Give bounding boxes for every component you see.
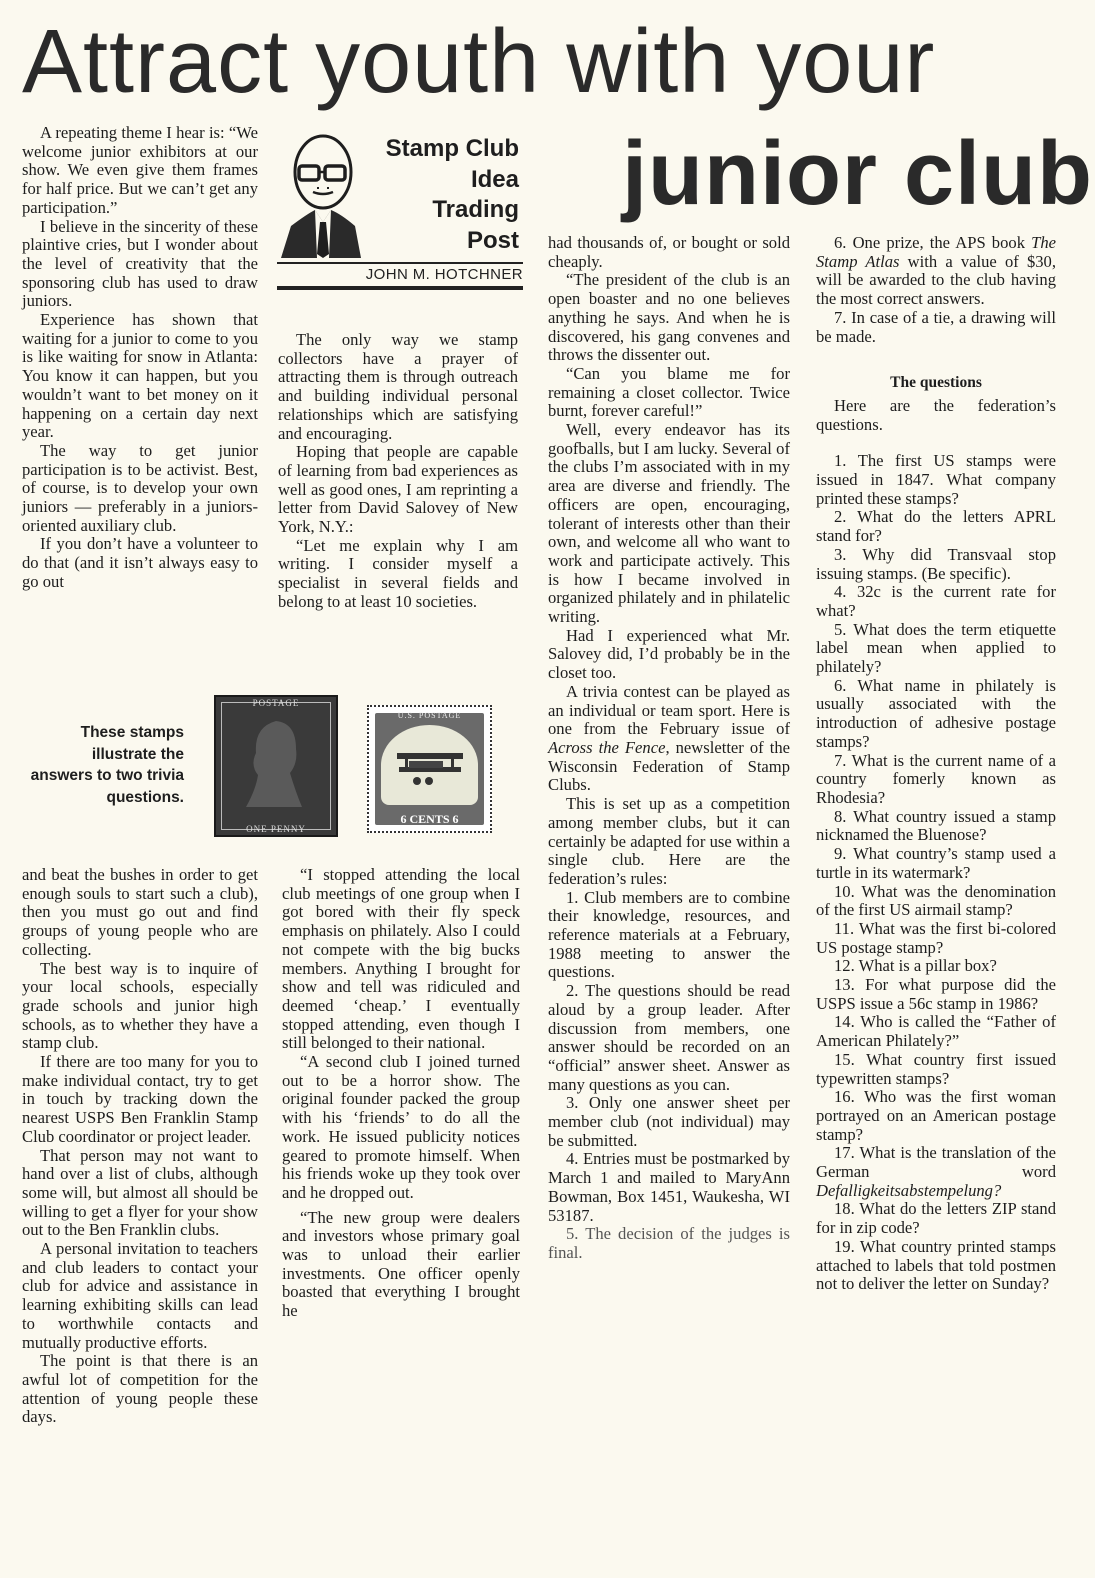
question-item: 11. What was the first bi-colored US pos… (816, 920, 1056, 957)
headline-line-2: junior club (622, 124, 1093, 224)
question-item: 3. Why did Transvaal stop issuing stamps… (816, 546, 1056, 583)
column-2-bottom: “I stopped attending the local club meet… (282, 866, 520, 1321)
paragraph: I believe in the sincerity of these plai… (22, 218, 258, 312)
paragraph: and beat the bushes in order to get enou… (22, 866, 258, 960)
rule-item: 1. Club members are to combine their kno… (548, 889, 790, 983)
paragraph: had thousands of, or bought or sold chea… (548, 234, 790, 271)
paragraph: Had I experienced what Mr. Salovey did, … (548, 627, 790, 683)
paragraph: “Can you blame me for remaining a closet… (548, 365, 790, 421)
rule-item: 3. Only one answer sheet per member club… (548, 1094, 790, 1150)
question-item: 6. What name in philately is usually ass… (816, 677, 1056, 752)
section-heading: The questions (816, 374, 1056, 393)
paragraph: Experience has shown that waiting for a … (22, 311, 258, 442)
rule-item: 6. One prize, the APS book The Stamp Atl… (816, 234, 1056, 309)
byline: JOHN M. HOTCHNER (277, 266, 523, 283)
question-item: 4. 32c is the current rate for what? (816, 583, 1056, 620)
question-item: 1. The first US stamps were issued in 18… (816, 452, 1056, 508)
column-3: had thousands of, or bought or sold chea… (548, 234, 790, 1263)
column-1-bottom: and beat the bushes in order to get enou… (22, 866, 258, 1427)
question-item: 9. What country’s stamp used a turtle in… (816, 845, 1056, 882)
column-1-top: A repeating theme I hear is: “We welcome… (22, 124, 258, 592)
inverted-jenny-stamp-image: U.S. POSTAGE 6 CENTS 6 (367, 705, 492, 833)
penny-black-stamp-image: POSTAGE ONE PENNY (214, 695, 338, 837)
column-logo: Stamp Club Idea Trading Post JOHN M. HOT… (277, 130, 523, 292)
question-item: 7. What is the current name of a country… (816, 752, 1056, 808)
question-item: 8. What country issued a stamp nicknamed… (816, 808, 1056, 845)
paragraph: The point is that there is an awful lot … (22, 1352, 258, 1427)
queen-profile-icon (216, 697, 336, 835)
paragraph: Well, every endeavor has its goofballs, … (548, 421, 790, 627)
paragraph: That person may not want to hand over a … (22, 1147, 258, 1241)
paragraph: The way to get junior participation is t… (22, 442, 258, 536)
question-item: 19. What country printed stamps attached… (816, 1238, 1056, 1294)
column-4: 6. One prize, the APS book The Stamp Atl… (816, 234, 1056, 1294)
question-item: 15. What country first issued typewritte… (816, 1051, 1056, 1088)
column-2-top: The only way we stamp collectors have a … (278, 331, 518, 612)
paragraph: “A second club I joined turned out to be… (282, 1053, 520, 1203)
paragraph: This is set up as a competition among me… (548, 795, 790, 889)
question-item: 17. What is the translation of the Germa… (816, 1144, 1056, 1200)
german-word: Defalligkeitsabstempelung? (816, 1181, 1001, 1200)
paragraph: If you don’t have a volunteer to do that… (22, 535, 258, 591)
divider (277, 286, 523, 290)
paragraph: If there are too many for you to make in… (22, 1053, 258, 1147)
paragraph: The best way is to inquire of your local… (22, 960, 258, 1054)
question-item: 13. For what purpose did the USPS issue … (816, 976, 1056, 1013)
rule-item: 4. Entries must be postmarked by March 1… (548, 1150, 790, 1225)
paragraph: A personal invitation to teachers and cl… (22, 1240, 258, 1352)
rule-item: 2. The questions should be read aloud by… (548, 982, 790, 1094)
paragraph: A repeating theme I hear is: “We welcome… (22, 124, 258, 218)
question-item: 14. Who is called the “Father of America… (816, 1013, 1056, 1050)
rule-item: 5. The decision of the judges is final. (548, 1225, 790, 1262)
rule-item: 7. In case of a tie, a drawing will be m… (816, 309, 1056, 346)
column-logo-title: Stamp Club Idea Trading Post (386, 134, 519, 256)
paragraph: “The new group were dealers and investor… (282, 1209, 520, 1321)
question-item: 2. What do the letters APRL stand for? (816, 508, 1056, 545)
headline-line-1: Attract youth with your (22, 12, 935, 112)
question-item: 12. What is a pillar box? (816, 957, 1056, 976)
paragraph: Here are the federation’s questions. (816, 397, 1056, 434)
paragraph: Hoping that people are capable of learni… (278, 443, 518, 537)
author-portrait-icon (277, 130, 363, 260)
question-item: 5. What does the term etiquette label me… (816, 621, 1056, 677)
newsletter-title: Across the Fence (548, 738, 665, 757)
stamp-caption: These stamps illustrate the answers to t… (30, 722, 184, 808)
paragraph: “The president of the club is an open bo… (548, 271, 790, 365)
question-item: 18. What do the letters ZIP stand for in… (816, 1200, 1056, 1237)
paragraph: The only way we stamp collectors have a … (278, 331, 518, 443)
question-item: 16. Who was the first woman portrayed on… (816, 1088, 1056, 1144)
trivia-intro-paragraph: A trivia contest can be played as an ind… (548, 683, 790, 795)
paragraph: “Let me explain why I am writing. I cons… (278, 537, 518, 612)
paragraph: “I stopped attending the local club meet… (282, 866, 520, 1053)
divider (277, 262, 523, 264)
question-item: 10. What was the denomination of the fir… (816, 883, 1056, 920)
